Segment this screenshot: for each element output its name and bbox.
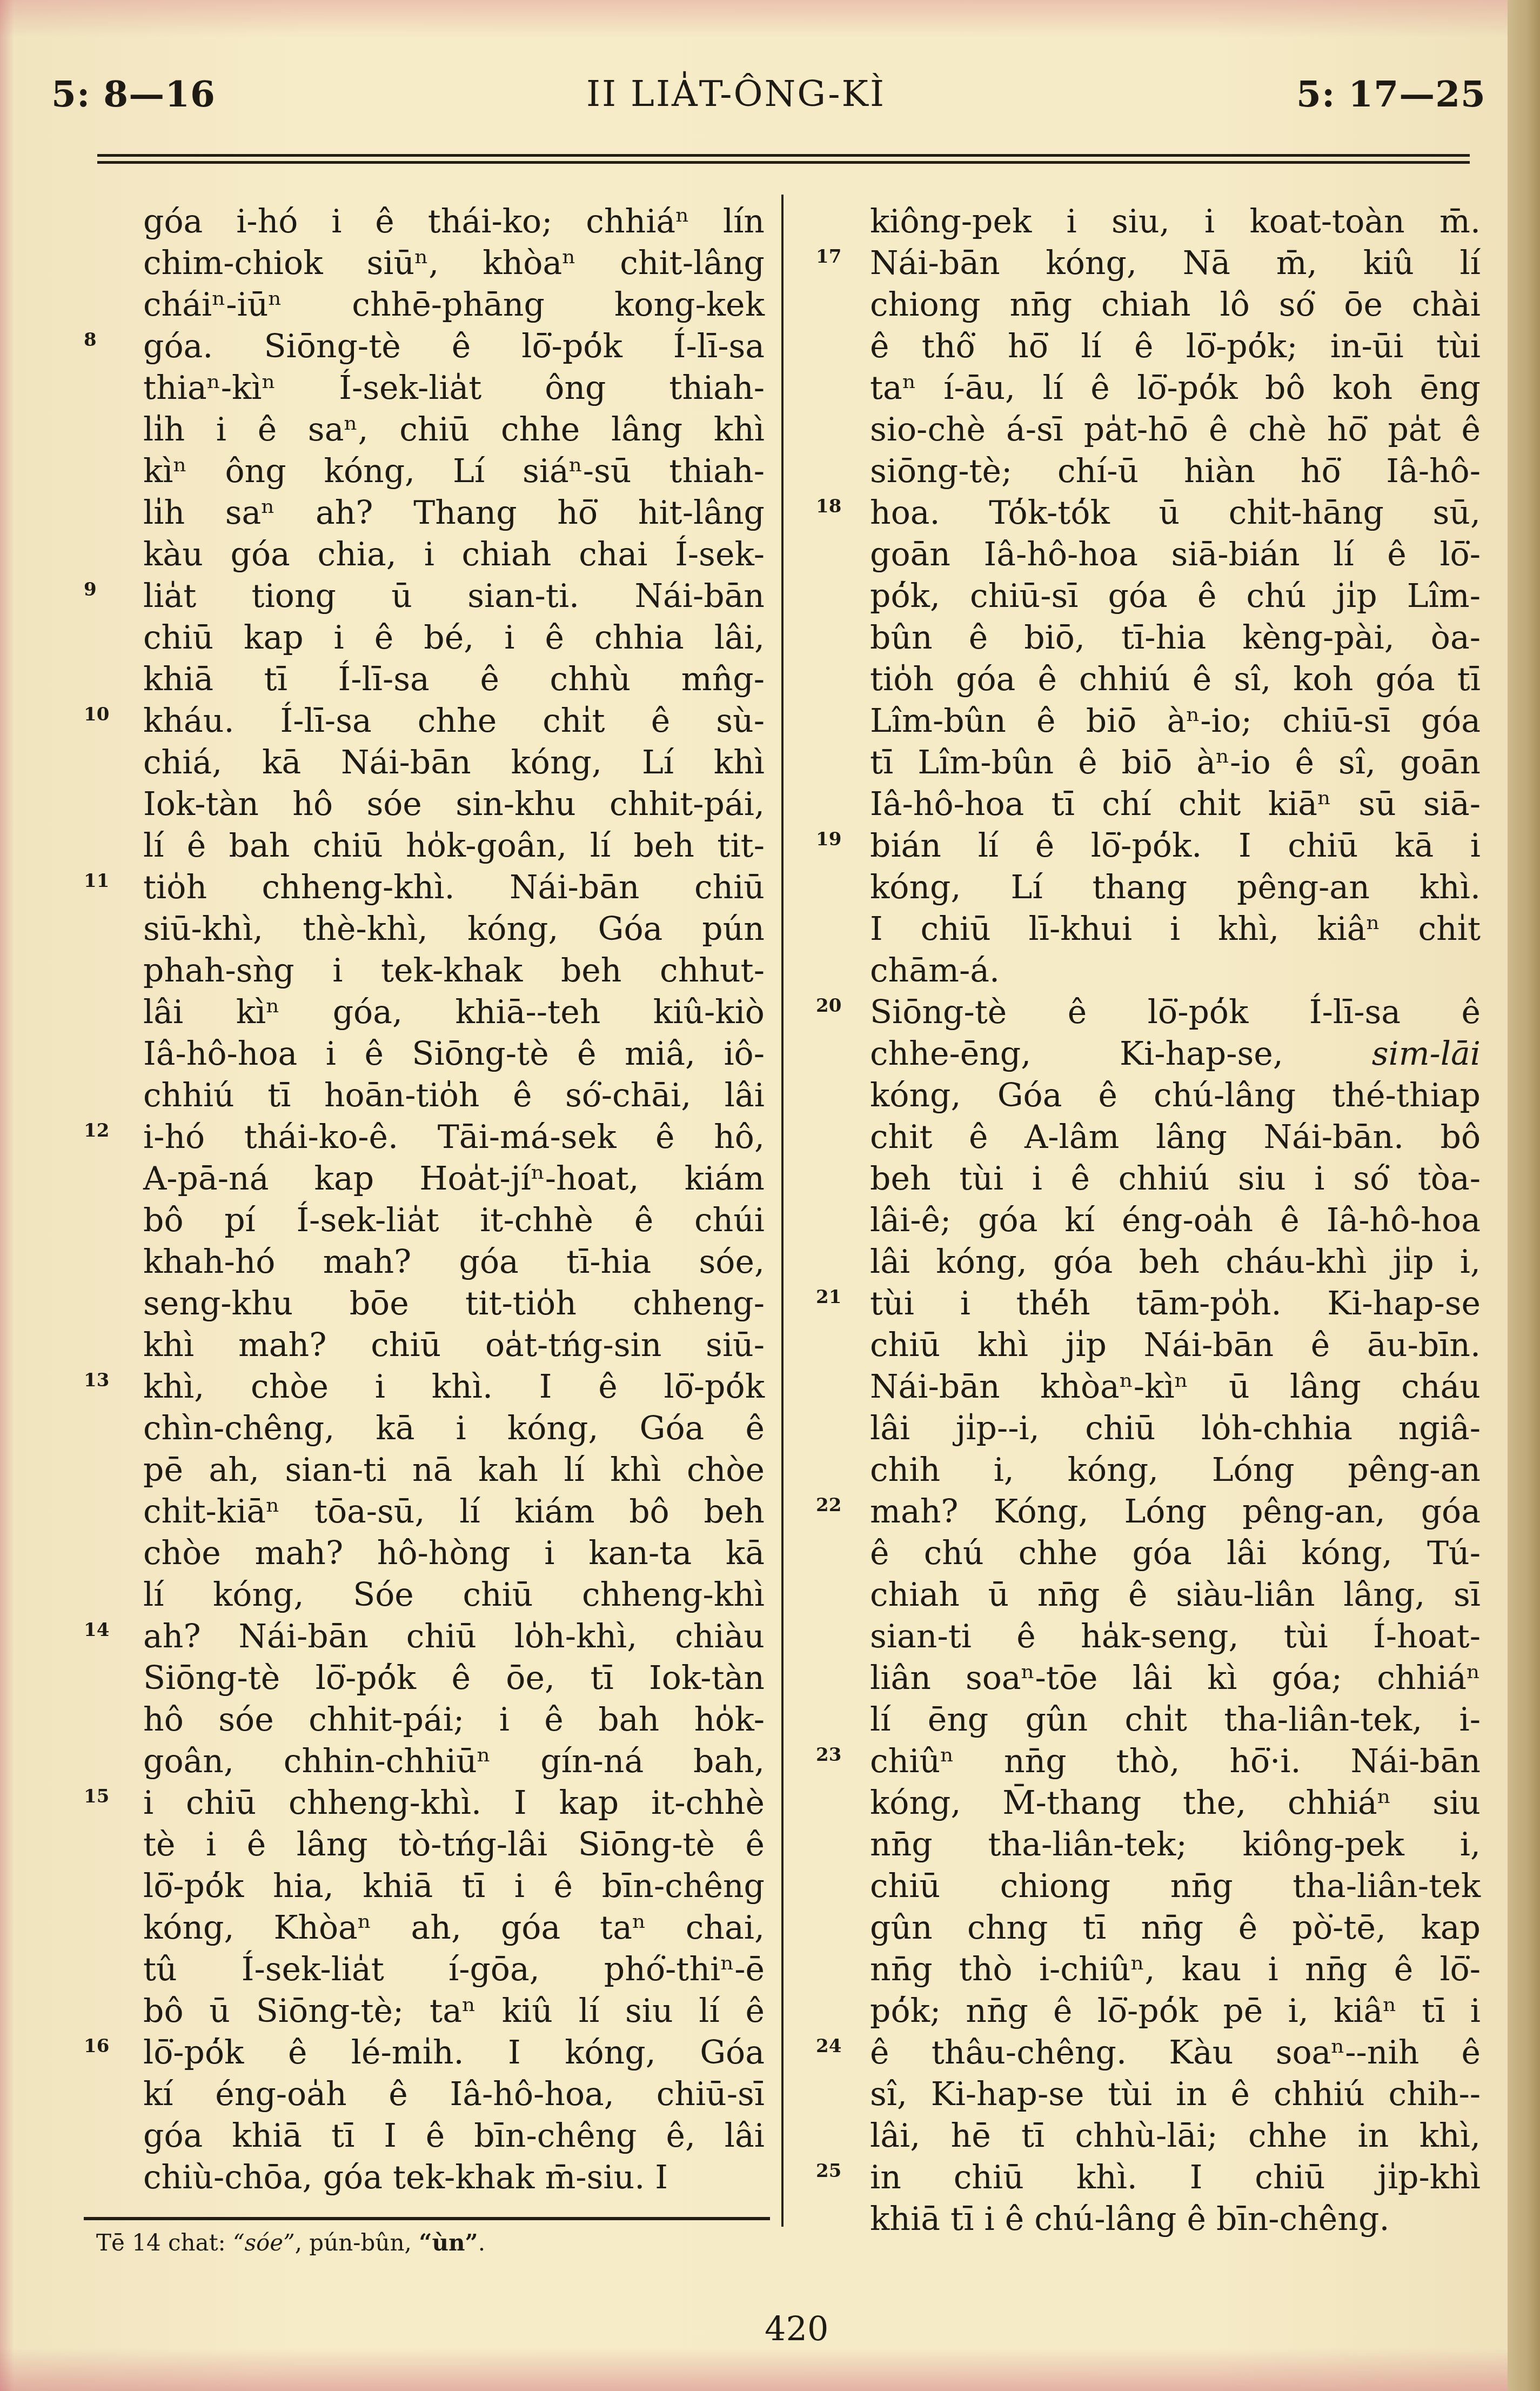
text-line: li̍h i ê saⁿ, chiū chhe lâng khì [143,409,765,451]
line-text: li̍h i ê saⁿ, chiū chhe lâng khì [143,411,765,449]
line-text: chiū kap i ê bé, i ê chhia lâi, [143,619,765,657]
text-line: 17Nái-bān kóng, Nā m̄, kiû lí [870,243,1481,284]
line-text: hô sóe chhit-pái; i ê bah ho̍k- [143,1701,765,1739]
column-divider [781,195,784,2227]
line-text: lō͘-pó̍k ê lé-mi̍h. I kóng, Góa [143,2034,765,2072]
line-text: tī Lîm-bûn ê biō àⁿ-io ê sî, goān [870,744,1481,782]
text-line: ê thô͘ hō͘ lí ê lō͘-pó̍k; in-ūi tùi [870,326,1481,368]
line-text: i-hó thái-ko-ê. Tāi-má-sek ê hô, [143,1118,765,1156]
line-text: bô ū Siōng-tè; taⁿ kiû lí siu lí ê [143,1992,765,2030]
verse-number: 12 [84,1110,109,1152]
header-verse-range-left: 5: 8—16 [51,73,216,115]
line-text: Iâ-hô-hoa i ê Siōng-tè ê miâ, iô- [143,1035,765,1073]
line-text: nn̄g thò i-chiûⁿ, kau i nn̄g ê lō͘- [870,1951,1481,1988]
header-rule-top [97,154,1470,157]
line-text: chiong nn̄g chiah lô só͘ ōe chài [870,286,1481,324]
text-line: gûn chng tī nn̄g ê pò͘-tē, kap [870,1907,1481,1949]
text-line: siōng-tè; chí-ū hiàn hō͘ Iâ-hô- [870,451,1481,492]
text-line: ê chú chhe góa lâi kóng, Tú- [870,1533,1481,1574]
text-line: 21tùi i thé̍h tām-po̍h. Ki-hap-se [870,1283,1481,1325]
text-line: góa i-hó i ê thái-ko; chhiáⁿ lín [143,201,765,243]
text-line: 24ê thâu-chêng. Kàu soaⁿ--nih ê [870,2032,1481,2074]
text-line: kóng, Góa ê chú-lâng thé-thiap [870,1075,1481,1117]
line-text: kóng, Lí thang pêng-an khì. [870,869,1481,906]
line-text: sio-chè á-sī pa̍t-hō ê chè hō͘ pa̍t ê [870,411,1481,449]
line-text: chi̍t-kiāⁿ tōa-sū, lí kiám bô beh [143,1493,765,1531]
line-text: kháu. Í-lī-sa chhe chi̍t ê sù- [143,702,765,740]
header-rule-bottom [97,161,1470,164]
line-text: bô pí Í-sek-lia̍t it-chhè ê chúi [143,1201,765,1239]
line-text: pó̍k, chiū-sī góa ê chú ji̍p Lîm- [870,577,1481,615]
line-text: khì mah? chiū oa̍t-tńg-sin siū- [143,1326,765,1364]
line-text: hoa. Tó̍k-tó̍k ū chi̍t-hāng sū, [870,494,1481,532]
text-line: li̍h saⁿ ah? Thang hō͘ hit-lâng [143,492,765,534]
line-text: chim-chiok siūⁿ, khòaⁿ chit-lâng [143,244,765,282]
running-header: 5: 8—16 II LIA̍T-ÔNG-KÌ 5: 17—25 [51,73,1486,122]
line-text: kóng, M̄-thang the, chhiáⁿ siu [870,1784,1481,1822]
text-line: chiá, kā Nái-bān kóng, Lí khì [143,742,765,784]
line-text: sî, Ki-hap-se tùi in ê chhiú chih-- [870,2075,1481,2113]
text-line: 20Siōng-tè ê lō͘-pó̍k Í-lī-sa ê [870,992,1481,1033]
verse-number: 15 [84,1776,109,1818]
text-line: kí éng-oa̍h ê Iâ-hô-hoa, chiū-sī [143,2074,765,2115]
line-text: in chiū khì. I chiū ji̍p-khì [870,2159,1481,2196]
text-line: kóng, M̄-thang the, chhiáⁿ siu [870,1782,1481,1824]
verse-number: 21 [816,1277,841,1318]
verse-number: 11 [84,860,109,902]
text-line: pó̍k, chiū-sī góa ê chú ji̍p Lîm- [870,576,1481,617]
text-line: 14ah? Nái-bān chiū lo̍h-khì, chiàu [143,1616,765,1658]
verse-number: 22 [816,1485,841,1526]
verse-number: 17 [816,236,841,278]
text-line: chìn-chêng, kā i kóng, Góa ê [143,1408,765,1450]
line-text: chiū chiong nn̄g tha-liân-tek [870,1867,1481,1905]
line-text: chhe-ēng, Ki-hap-se, sim-lāi [870,1035,1481,1073]
line-text: chit ê A-lâm lâng Nái-bān. bô [870,1118,1481,1156]
line-text: góa khiā tī I ê bīn-chêng ê, lâi [143,2117,765,2155]
footnote-prefix: Tē 14 chat: [96,2229,233,2256]
line-text: khah-hó mah? góa tī-hia sóe, [143,1243,765,1281]
text-line: tio̍h góa ê chhiú ê sî, koh góa tī [870,659,1481,700]
text-line: 15i chiū chheng-khì. I kap it-chhè [143,1782,765,1824]
line-text: siōng-tè; chí-ū hiàn hō͘ Iâ-hô- [870,452,1481,490]
text-line: 8góa. Siōng-tè ê lō͘-pó̍k Í-lī-sa [143,326,765,368]
text-line: kóng, Khòaⁿ ah, góa taⁿ chai, [143,1907,765,1949]
text-line: taⁿ í-āu, lí ê lō͘-pó̍k bô koh ēng [870,368,1481,409]
footnote: Tē 14 chat: “sóe”, pún-bûn, “ùn”. [96,2229,485,2256]
text-line: sian-ti ê ha̍k-seng, tùi Í-hoat- [870,1616,1481,1658]
text-line: seng-khu bōe tit-tio̍h chheng- [143,1283,765,1325]
text-line: nn̄g thò i-chiûⁿ, kau i nn̄g ê lō͘- [870,1949,1481,1991]
text-line: chim-chiok siūⁿ, khòaⁿ chit-lâng [143,243,765,284]
text-line: A-pā-ná kap Hoa̍t-jíⁿ-hoat, kiám [143,1158,765,1200]
text-line: lí ê bah chiū ho̍k-goân, lí beh tit- [143,825,765,867]
text-line: beh tùi i ê chhiú siu i só͘ tòa- [870,1158,1481,1200]
text-line: pó̍k; nn̄g ê lō͘-pó̍k pē i, kiâⁿ tī i [870,1991,1481,2032]
line-text: A-pā-ná kap Hoa̍t-jíⁿ-hoat, kiám [143,1160,765,1198]
verse-number: 19 [816,819,841,860]
text-line: 22mah? Kóng, Lóng pêng-an, góa [870,1491,1481,1533]
text-line: chiong nn̄g chiah lô só͘ ōe chài [870,284,1481,326]
text-line: 23chiûⁿ nn̄g thò, hō͘·i. Nái-bān [870,1741,1481,1782]
book-page: 5: 8—16 II LIA̍T-ÔNG-KÌ 5: 17—25 góa i-h… [0,0,1508,2391]
line-text: góa. Siōng-tè ê lō͘-pó̍k Í-lī-sa [143,328,765,365]
text-line: góa khiā tī I ê bīn-chêng ê, lâi [143,2115,765,2157]
line-text: sian-ti ê ha̍k-seng, tùi Í-hoat- [870,1618,1481,1655]
line-text: seng-khu bōe tit-tio̍h chheng- [143,1285,765,1323]
line-text: pē ah, sian-ti nā kah lí khì chòe [143,1451,765,1489]
line-text: Nái-bān kóng, Nā m̄, kiû lí [870,244,1481,282]
text-line: bô pí Í-sek-lia̍t it-chhè ê chúi [143,1200,765,1241]
line-text: i chiū chheng-khì. I kap it-chhè [143,1784,765,1822]
verse-number: 9 [84,569,97,611]
text-line: lí kóng, Sóe chiū chheng-khì [143,1574,765,1616]
text-line: bûn ê biō, tī-hia kèng-pài, òa- [870,617,1481,659]
line-text: tû Í-sek-lia̍t í-gōa, phó͘-thiⁿ-ē [143,1951,765,1988]
text-line: chiù-chōa, góa tek-khak m̄-siu. I [143,2157,765,2199]
text-line: 13khì, chòe i khì. I ê lō͘-pó̍k [143,1366,765,1408]
line-text: bûn ê biō, tī-hia kèng-pài, òa- [870,619,1481,657]
verse-number: 18 [816,486,841,527]
line-text: pó̍k; nn̄g ê lō͘-pó̍k pē i, kiâⁿ tī i [870,1992,1481,2030]
line-text: tio̍h góa ê chhiú ê sî, koh góa tī [870,660,1481,698]
line-text: lí ê bah chiū ho̍k-goân, lí beh tit- [143,827,765,865]
text-line: chiū chiong nn̄g tha-liân-tek [870,1866,1481,1907]
line-text: liân soaⁿ-tōe lâi kì góa; chhiáⁿ [870,1659,1481,1697]
line-text: Iâ-hô-hoa tī chí chi̍t kiāⁿ sū siā- [870,785,1481,823]
line-text: lâi ji̍p--i, chiū lo̍h-chhia ngiâ- [870,1410,1481,1447]
line-text: chiū khì ji̍p Nái-bān ê āu-bīn. [870,1326,1481,1364]
line-text: ê chú chhe góa lâi kóng, Tú- [870,1534,1481,1572]
line-text: kìⁿ ông kóng, Lí siáⁿ-sū thiah- [143,452,765,490]
line-text: beh tùi i ê chhiú siu i só͘ tòa- [870,1160,1481,1198]
text-line: siū-khì, thè-khì, kóng, Góa pún [143,909,765,950]
line-text: Siōng-tè ê lō͘-pó̍k Í-lī-sa ê [870,993,1481,1031]
line-text: Nái-bān khòaⁿ-kìⁿ ū lâng cháu [870,1368,1481,1406]
text-line: chiah ū nn̄g ê siàu-liân lâng, sī [870,1574,1481,1616]
text-line: 18hoa. Tó̍k-tó̍k ū chi̍t-hāng sū, [870,492,1481,534]
left-column: góa i-hó i ê thái-ko; chhiáⁿ línchim-chi… [143,201,765,2199]
text-line: Nái-bān khòaⁿ-kìⁿ ū lâng cháu [870,1366,1481,1408]
text-line: Lîm-bûn ê biō àⁿ-io; chiū-sī góa [870,700,1481,742]
line-text: lí kóng, Sóe chiū chheng-khì [143,1576,765,1614]
line-text: chiù-chōa, góa tek-khak m̄-siu. I [143,2159,668,2196]
text-line: 12i-hó thái-ko-ê. Tāi-má-sek ê hô, [143,1117,765,1158]
text-line: 19bián lí ê lō͘-pó̍k. I chiū kā i [870,825,1481,867]
line-text: kàu góa chia, i chiah chai Í-sek- [143,536,765,573]
text-line: phah-sǹg i tek-khak beh chhut- [143,950,765,992]
text-line: chhe-ēng, Ki-hap-se, sim-lāi [870,1033,1481,1075]
line-text: goān Iâ-hô-hoa siā-bián lí ê lō͘- [870,536,1481,573]
book-binding-gutter [1508,0,1540,2391]
text-line: sio-chè á-sī pa̍t-hō ê chè hō͘ pa̍t ê [870,409,1481,451]
text-line: tû Í-sek-lia̍t í-gōa, phó͘-thiⁿ-ē [143,1949,765,1991]
line-text: chìn-chêng, kā i kóng, Góa ê [143,1410,765,1447]
page-stain-left [0,0,14,2391]
line-text: khiā tī Í-lī-sa ê chhù mn̂g- [143,660,765,698]
line-text: tùi i thé̍h tām-po̍h. Ki-hap-se [870,1285,1481,1323]
text-line: kìⁿ ông kóng, Lí siáⁿ-sū thiah- [143,451,765,492]
text-line: lâi, hē tī chhù-lāi; chhe in khì, [870,2115,1481,2157]
text-line: khiā tī Í-lī-sa ê chhù mn̂g- [143,659,765,700]
footnote-quote-1: “sóe” [233,2229,295,2256]
text-line: chi̍t-kiāⁿ tōa-sū, lí kiám bô beh [143,1491,765,1533]
text-line: tī Lîm-bûn ê biō àⁿ-io ê sî, goān [870,742,1481,784]
text-line: nn̄g tha-liân-tek; kiông-pek i, [870,1824,1481,1866]
text-line: lâi-ê; góa kí éng-oa̍h ê Iâ-hô-hoa [870,1200,1481,1241]
text-line: 10kháu. Í-lī-sa chhe chi̍t ê sù- [143,700,765,742]
text-line: sî, Ki-hap-se tùi in ê chhiú chih-- [870,2074,1481,2115]
line-text: goân, chhin-chhiūⁿ gín-ná bah, [143,1742,765,1780]
line-text: Iok-tàn hô sóe sin-khu chhit-pái, [143,785,765,823]
text-line: goān Iâ-hô-hoa siā-bián lí ê lō͘- [870,534,1481,576]
text-line: Iâ-hô-hoa tī chí chi̍t kiāⁿ sū siā- [870,784,1481,825]
text-line: chit ê A-lâm lâng Nái-bān. bô [870,1117,1481,1158]
text-line: cháiⁿ-iūⁿ chhē-phāng kong-kek [143,284,765,326]
header-book-title: II LIA̍T-ÔNG-KÌ [586,73,886,115]
line-text: bián lí ê lō͘-pó̍k. I chiū kā i [870,827,1481,865]
text-line: lí ēng gûn chi̍t tha-liân-tek, i- [870,1699,1481,1741]
text-line: 9lia̍t tiong ū sian-ti. Nái-bān [143,576,765,617]
text-line: pē ah, sian-ti nā kah lí khì chòe [143,1450,765,1491]
text-line: lâi ji̍p--i, chiū lo̍h-chhia ngiâ- [870,1408,1481,1450]
line-text: tè i ê lâng tò-tńg-lâi Siōng-tè ê [143,1826,765,1864]
text-line: Iâ-hô-hoa i ê Siōng-tè ê miâ, iô- [143,1033,765,1075]
line-text: kóng, Khòaⁿ ah, góa taⁿ chai, [143,1909,765,1947]
line-text: lâi-ê; góa kí éng-oa̍h ê Iâ-hô-hoa [870,1201,1481,1239]
text-line: lâi kóng, góa beh cháu-khì ji̍p i, [870,1241,1481,1283]
text-line: liân soaⁿ-tōe lâi kì góa; chhiáⁿ [870,1658,1481,1699]
footnote-quote-2: “ùn” [419,2229,478,2256]
line-text: siū-khì, thè-khì, kóng, Góa pún [143,910,765,948]
text-line: chām-á. [870,950,1481,992]
line-text: chiah ū nn̄g ê siàu-liân lâng, sī [870,1576,1481,1614]
line-text: I chiū lī-khui i khì, kiâⁿ chi̍t [870,910,1481,948]
verse-number: 16 [84,2026,109,2067]
verse-number: 8 [84,319,97,361]
line-text: Lîm-bûn ê biō àⁿ-io; chiū-sī góa [870,702,1481,740]
verse-number: 10 [84,694,109,736]
text-line: bô ū Siōng-tè; taⁿ kiû lí siu lí ê [143,1991,765,2032]
line-text: thiaⁿ-kìⁿ Í-sek-lia̍t ông thiah- [143,369,765,407]
text-line: chhiú tī hoān-tio̍h ê só͘-chāi, lâi [143,1075,765,1117]
text-line: kiông-pek i siu, i koat-toàn m̄. [870,201,1481,243]
text-line: goân, chhin-chhiūⁿ gín-ná bah, [143,1741,765,1782]
line-text: lí ēng gûn chi̍t tha-liân-tek, i- [870,1701,1481,1739]
footnote-rule [84,2217,770,2220]
right-column: kiông-pek i siu, i koat-toàn m̄.17Nái-bā… [870,201,1481,2240]
verse-number: 23 [816,1734,841,1776]
line-text: chiá, kā Nái-bān kóng, Lí khì [143,744,765,782]
text-line: 25in chiū khì. I chiū ji̍p-khì [870,2157,1481,2199]
text-line: khì mah? chiū oa̍t-tńg-sin siū- [143,1325,765,1366]
line-text: chiûⁿ nn̄g thò, hō͘·i. Nái-bān [870,1742,1481,1780]
header-verse-range-right: 5: 17—25 [1296,73,1486,115]
text-line: chiū kap i ê bé, i ê chhia lâi, [143,617,765,659]
text-line: chiū khì ji̍p Nái-bān ê āu-bīn. [870,1325,1481,1366]
italic-word: sim-lāi [1372,1035,1481,1073]
page-stain-top [0,0,1508,38]
line-text: lia̍t tiong ū sian-ti. Nái-bān [143,577,765,615]
line-text: chih i, kóng, Lóng pêng-an [870,1451,1481,1489]
text-line: hô sóe chhit-pái; i ê bah ho̍k- [143,1699,765,1741]
footnote-middle: , pún-bûn, [295,2229,419,2256]
line-text: góa i-hó i ê thái-ko; chhiáⁿ lín [143,203,765,241]
verse-number: 14 [84,1609,109,1651]
text-line: chòe mah? hô-hòng i kan-ta kā [143,1533,765,1574]
text-line: 11tio̍h chheng-khì. Nái-bān chiū [143,867,765,909]
verse-number: 25 [816,2150,841,2192]
text-line: khiā tī i ê chú-lâng ê bīn-chêng. [870,2199,1481,2240]
line-text: gûn chng tī nn̄g ê pò͘-tē, kap [870,1909,1481,1947]
line-text: chhiú tī hoān-tio̍h ê só͘-chāi, lâi [143,1077,765,1114]
line-text: ah? Nái-bān chiū lo̍h-khì, chiàu [143,1618,765,1655]
text-line: kàu góa chia, i chiah chai Í-sek- [143,534,765,576]
text-line: 16lō͘-pó̍k ê lé-mi̍h. I kóng, Góa [143,2032,765,2074]
line-text: kí éng-oa̍h ê Iâ-hô-hoa, chiū-sī [143,2075,765,2113]
line-text: kóng, Góa ê chú-lâng thé-thiap [870,1077,1481,1114]
line-text: mah? Kóng, Lóng pêng-an, góa [870,1493,1481,1531]
line-text: chām-á. [870,952,1000,990]
line-text: taⁿ í-āu, lí ê lō͘-pó̍k bô koh ēng [870,369,1481,407]
text-line: lâi kìⁿ góa, khiā--teh kiû-kiò [143,992,765,1033]
footnote-suffix: . [478,2229,485,2256]
page-stain-bottom [0,2348,1508,2391]
text-line: kóng, Lí thang pêng-an khì. [870,867,1481,909]
text-line: Iok-tàn hô sóe sin-khu chhit-pái, [143,784,765,825]
line-text: phah-sǹg i tek-khak beh chhut- [143,952,765,990]
verse-number: 24 [816,2026,841,2067]
line-text: li̍h saⁿ ah? Thang hō͘ hit-lâng [143,494,765,532]
line-text: nn̄g tha-liân-tek; kiông-pek i, [870,1826,1481,1864]
text-line: khah-hó mah? góa tī-hia sóe, [143,1241,765,1283]
line-text: cháiⁿ-iūⁿ chhē-phāng kong-kek [143,286,765,324]
line-text: tio̍h chheng-khì. Nái-bān chiū [143,869,765,906]
line-text: ê thâu-chêng. Kàu soaⁿ--nih ê [870,2034,1481,2072]
line-text: kiông-pek i siu, i koat-toàn m̄. [870,203,1481,241]
verse-number: 20 [816,985,841,1027]
text-line: chih i, kóng, Lóng pêng-an [870,1450,1481,1491]
line-text: lō͘-pó̍k hia, khiā tī i ê bīn-chêng [143,1867,765,1905]
line-text: lâi kìⁿ góa, khiā--teh kiû-kiò [143,993,765,1031]
text-line: thiaⁿ-kìⁿ Í-sek-lia̍t ông thiah- [143,368,765,409]
line-text: khì, chòe i khì. I ê lō͘-pó̍k [143,1368,765,1406]
verse-number: 13 [84,1360,109,1401]
line-text: ê thô͘ hō͘ lí ê lō͘-pó̍k; in-ūi tùi [870,328,1481,365]
line-text: lâi, hē tī chhù-lāi; chhe in khì, [870,2117,1481,2155]
page-number: 420 [765,2309,828,2348]
line-text: khiā tī i ê chú-lâng ê bīn-chêng. [870,2200,1389,2238]
line-text: chòe mah? hô-hòng i kan-ta kā [143,1534,765,1572]
line-text: Siōng-tè lō͘-pó̍k ê ōe, tī Iok-tàn [143,1659,765,1697]
line-text: lâi kóng, góa beh cháu-khì ji̍p i, [870,1243,1481,1281]
text-line: I chiū lī-khui i khì, kiâⁿ chi̍t [870,909,1481,950]
text-line: Siōng-tè lō͘-pó̍k ê ōe, tī Iok-tàn [143,1658,765,1699]
text-line: tè i ê lâng tò-tńg-lâi Siōng-tè ê [143,1824,765,1866]
text-line: lō͘-pó̍k hia, khiā tī i ê bīn-chêng [143,1866,765,1907]
